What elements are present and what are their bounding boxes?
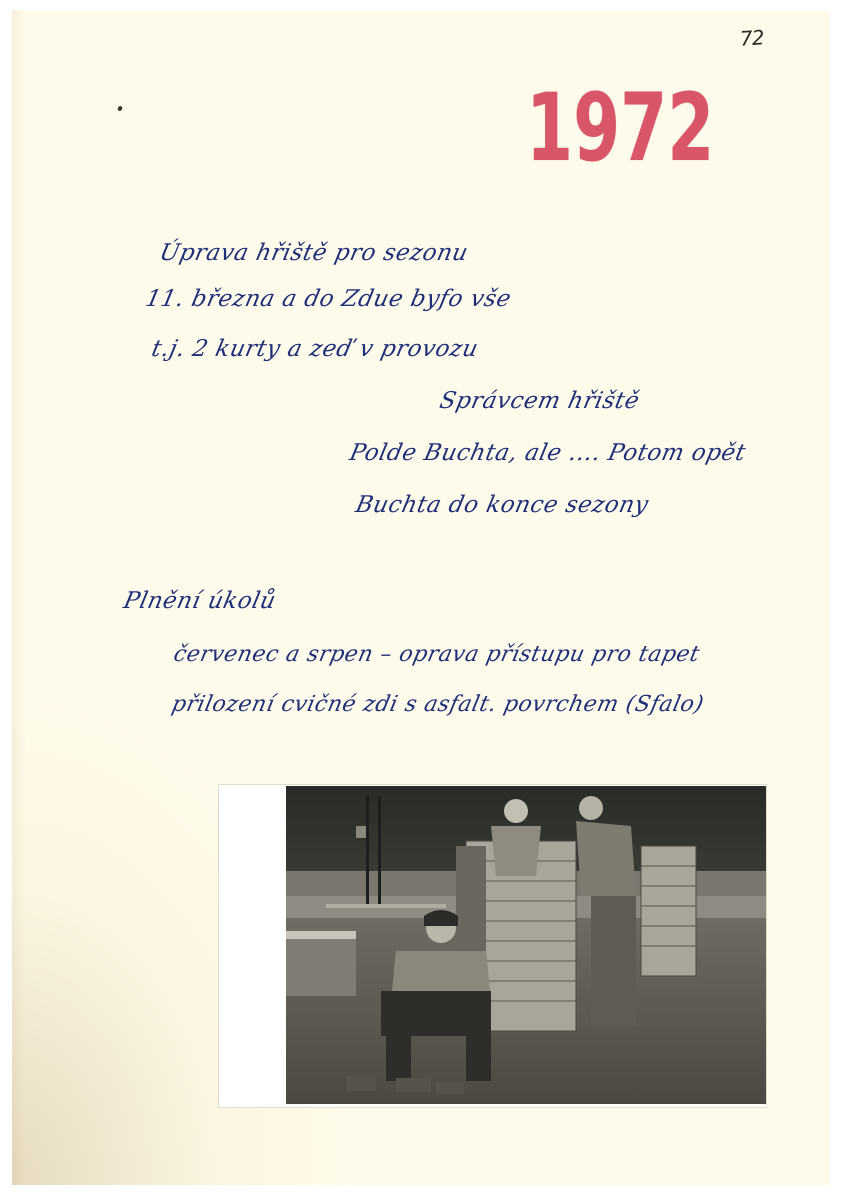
year-stamp-digits: 1972 [526, 74, 714, 183]
handwritten-line: Správcem hřiště [437, 388, 642, 414]
page-number: 72 [739, 25, 764, 51]
handwritten-line: červenec a srpen – oprava přístupu pro t… [171, 642, 702, 667]
handwritten-line: 11. března a do Zdue byfo vše [143, 286, 513, 312]
section-heading: Plnění úkolů [121, 588, 278, 614]
handwritten-line: Polde Buchta, ale .... Potom opět [347, 440, 748, 466]
handwritten-line: t.j. 2 kurty a zeď v provozu [149, 336, 481, 362]
photo-scene-illustration [286, 786, 766, 1104]
handwritten-line: Buchta do konce sezony [353, 492, 651, 518]
handwritten-line: Úprava hřiště pro sezonu [157, 240, 470, 266]
handwritten-line: přilození cvičné zdi s asfalt. povrchem … [169, 692, 706, 717]
photograph [286, 786, 766, 1104]
year-stamp: 1972 [526, 82, 714, 176]
